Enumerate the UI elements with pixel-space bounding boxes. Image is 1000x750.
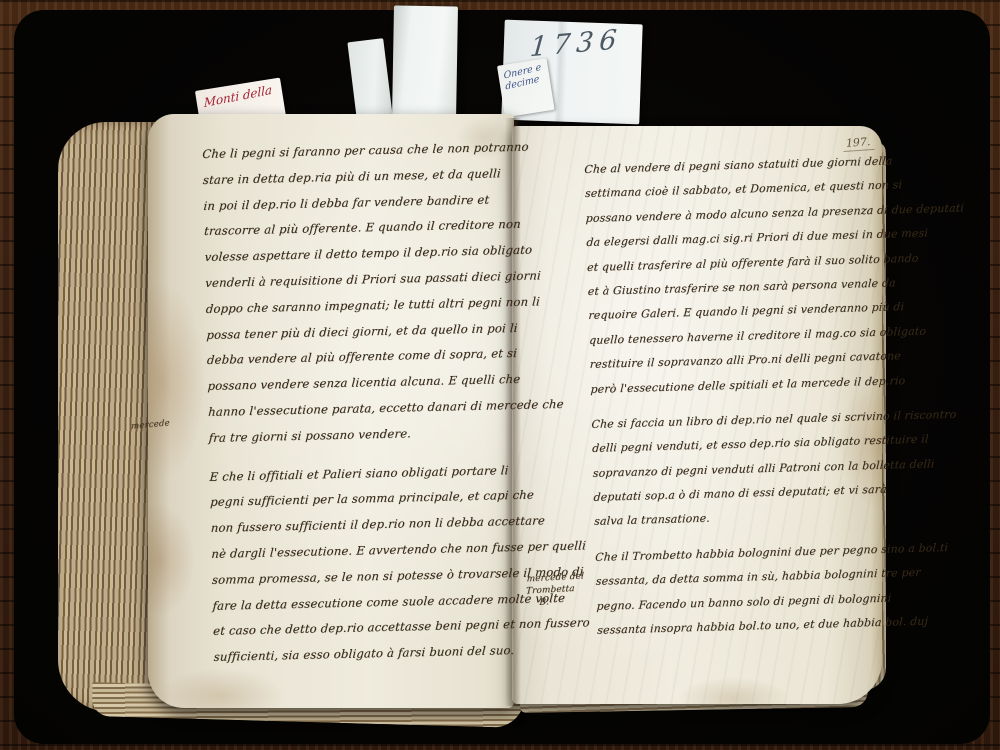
right-paragraph-3: Che il Trombetto habbia bolognini due pe… — [595, 537, 894, 643]
right-paragraph-1: Che al vendere di pegni siano statuiti d… — [584, 150, 887, 402]
page-stack-left-edge — [58, 122, 160, 712]
folio-page-number: 197. — [843, 135, 874, 152]
right-page-text: Che al vendere di pegni siano statuiti d… — [584, 150, 894, 654]
right-paragraph-2: Che si faccia un libro di dep.rio nel qu… — [591, 405, 890, 535]
manuscript-line: sufficienti, sia esso obligato à farsi b… — [213, 638, 521, 671]
spine-note-tab: Onere e decime — [497, 58, 555, 117]
left-page-text: Che li pegni si faranno per causa che le… — [202, 135, 520, 684]
left-paragraph-2: E che li offitiali et Palieri siano obli… — [209, 458, 520, 671]
right-margin-note: mercede del Trombetta B. — [525, 570, 584, 609]
archive-number-text: 1736 — [529, 24, 624, 63]
left-paragraph-1: Che li pegni si faranno per causa che le… — [202, 135, 515, 451]
paper-tab-large — [392, 5, 458, 120]
archival-manuscript-photo: 1736 Onere e decime Monti della Che li p… — [0, 0, 1000, 750]
